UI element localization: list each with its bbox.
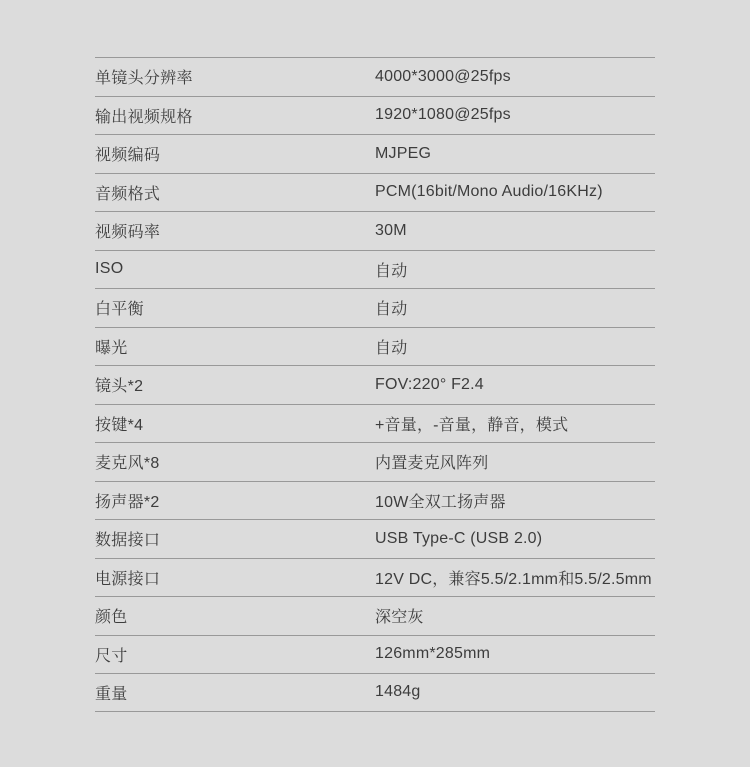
spec-value: 12V DC，兼容5.5/2.1mm和5.5/2.5mm [375,566,655,589]
spec-value: +音量，-音量，静音，模式 [375,412,655,435]
spec-value: 30M [375,222,655,240]
spec-row-exposure: 曝光 自动 [95,327,655,366]
spec-label: 单镜头分辨率 [95,65,375,88]
spec-row-buttons: 按键*4 +音量，-音量，静音，模式 [95,404,655,443]
spec-value: 1920*1080@25fps [375,106,655,124]
spec-row-dimensions: 尺寸 126mm*285mm [95,635,655,674]
spec-value: 自动 [375,258,655,281]
spec-row-power-port: 电源接口 12V DC，兼容5.5/2.1mm和5.5/2.5mm [95,558,655,597]
spec-row-audio-format: 音频格式 PCM(16bit/Mono Audio/16KHz) [95,173,655,212]
spec-row-speaker: 扬声器*2 10W全双工扬声器 [95,481,655,520]
spec-label: 颜色 [95,604,375,627]
spec-value: 内置麦克风阵列 [375,450,655,473]
spec-label: 尺寸 [95,643,375,666]
spec-row-video-bitrate: 视频码率 30M [95,211,655,250]
spec-row-video-codec: 视频编码 MJPEG [95,134,655,173]
spec-label: ISO [95,260,375,278]
spec-label: 音频格式 [95,181,375,204]
spec-label: 视频编码 [95,142,375,165]
spec-row-microphone: 麦克风*8 内置麦克风阵列 [95,442,655,481]
spec-value: 126mm*285mm [375,645,655,663]
spec-label: 扬声器*2 [95,489,375,512]
spec-label: 数据接口 [95,527,375,550]
spec-row-lens: 镜头*2 FOV:220° F2.4 [95,365,655,404]
spec-row-color: 颜色 深空灰 [95,596,655,635]
spec-value: 自动 [375,335,655,358]
spec-label: 重量 [95,681,375,704]
spec-value: 自动 [375,296,655,319]
spec-value: FOV:220° F2.4 [375,376,655,394]
spec-label: 麦克风*8 [95,450,375,473]
spec-row-weight: 重量 1484g [95,673,655,712]
spec-label: 电源接口 [95,566,375,589]
spec-row-data-port: 数据接口 USB Type-C (USB 2.0) [95,519,655,558]
spec-value: USB Type-C (USB 2.0) [375,530,655,548]
spec-table: 单镜头分辨率 4000*3000@25fps 输出视频规格 1920*1080@… [95,57,655,712]
spec-value: 4000*3000@25fps [375,68,655,86]
spec-value: 1484g [375,683,655,701]
spec-row-resolution: 单镜头分辨率 4000*3000@25fps [95,57,655,96]
spec-value: 深空灰 [375,604,655,627]
spec-row-output-video: 输出视频规格 1920*1080@25fps [95,96,655,135]
spec-label: 输出视频规格 [95,104,375,127]
spec-value: 10W全双工扬声器 [375,489,655,512]
spec-label: 曝光 [95,335,375,358]
spec-label: 白平衡 [95,296,375,319]
spec-label: 视频码率 [95,219,375,242]
spec-value: PCM(16bit/Mono Audio/16KHz) [375,183,655,201]
spec-label: 镜头*2 [95,373,375,396]
spec-row-iso: ISO 自动 [95,250,655,289]
spec-value: MJPEG [375,145,655,163]
spec-row-white-balance: 白平衡 自动 [95,288,655,327]
spec-label: 按键*4 [95,412,375,435]
